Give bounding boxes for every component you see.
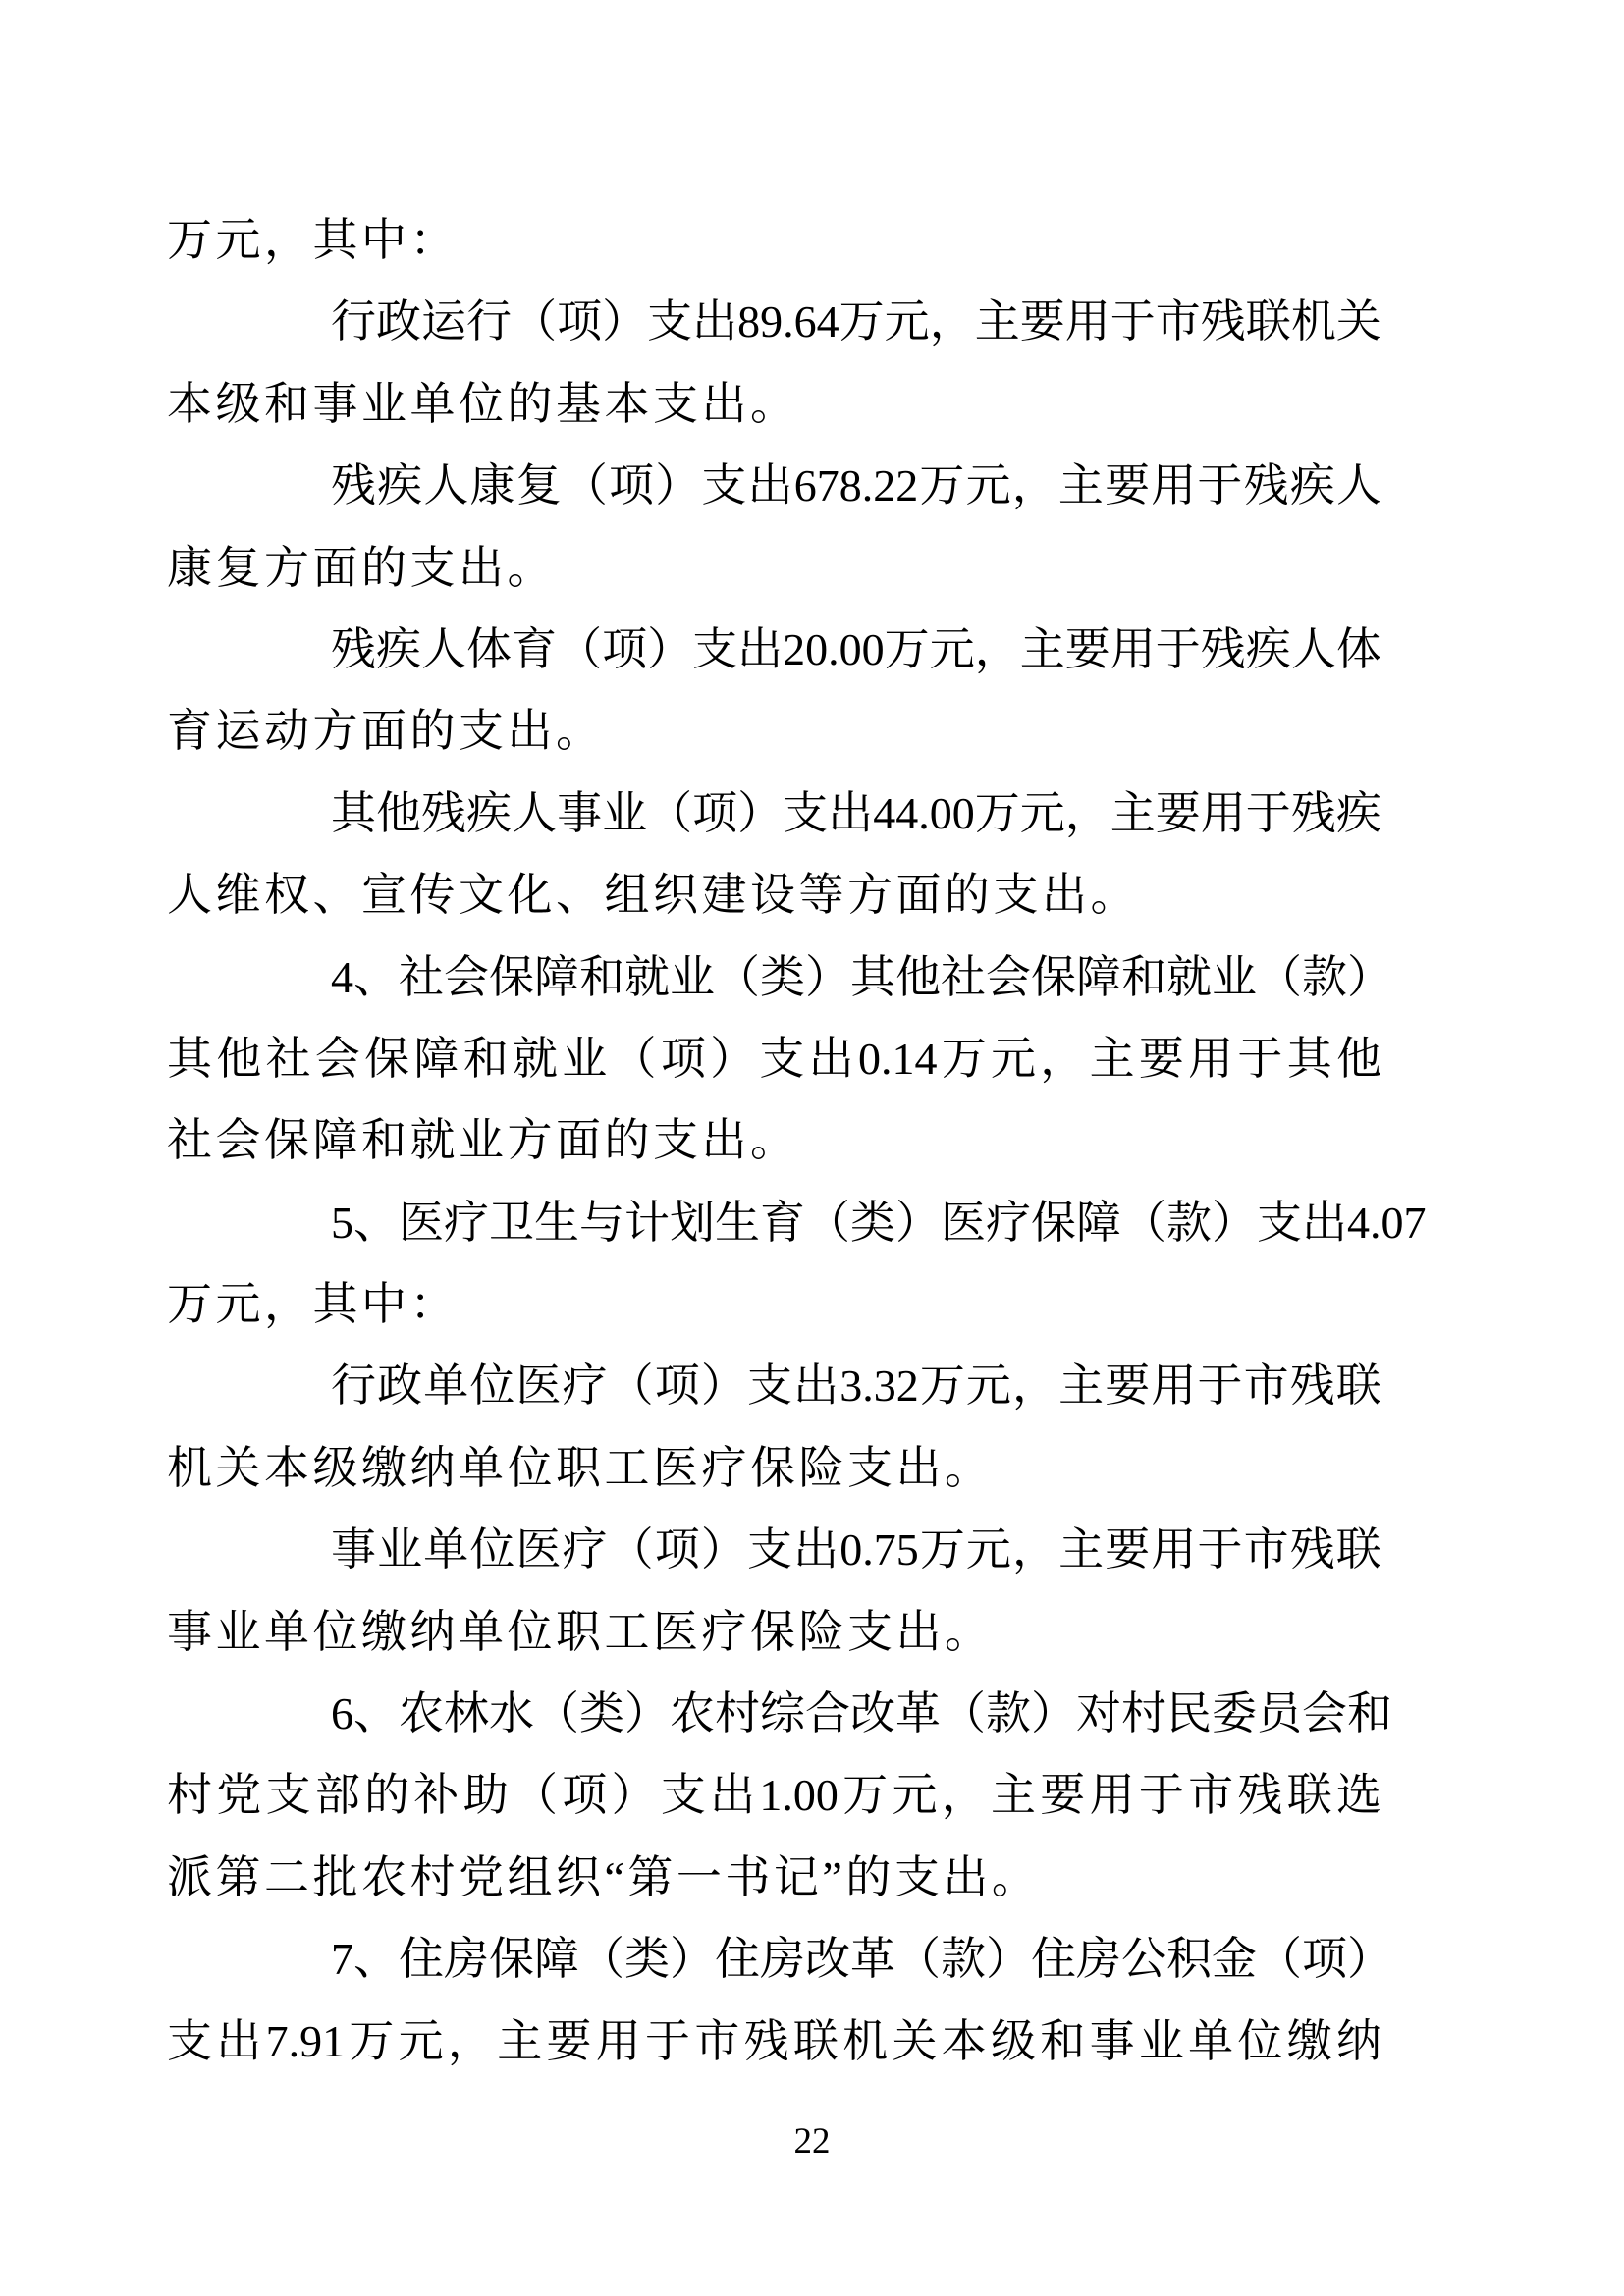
text-token: 康 — [470, 445, 515, 526]
text-token: 位 — [1237, 2001, 1282, 2082]
text-token: 万 — [839, 281, 885, 362]
text-token: 医 — [941, 1182, 986, 1263]
text-token: 医 — [515, 1509, 561, 1590]
text-token: 和 — [1040, 2001, 1085, 2082]
text-token: ） — [612, 1754, 657, 1836]
text-token: 款 — [1302, 936, 1347, 1018]
text-token: 障 — [413, 1018, 459, 1099]
text-token: 社 — [399, 936, 444, 1018]
text-token: 市 — [694, 2001, 739, 2082]
text-token: 划 — [670, 1182, 715, 1263]
text-line: 行政运行（项）支出89.64万元，主要用于市残联机关 — [167, 281, 1381, 362]
text-token: 支 — [701, 445, 746, 526]
text-token: 市 — [1244, 1345, 1289, 1426]
text-token: 机 — [1291, 281, 1336, 362]
text-token: 委 — [1212, 1673, 1257, 1754]
text-token: 保 — [1031, 1182, 1076, 1263]
text-token: 要 — [546, 2001, 591, 2082]
text-token: 疾 — [1246, 609, 1291, 690]
text-token: 用 — [1090, 1754, 1135, 1836]
text-token: 助 — [463, 1754, 509, 1836]
text-token: 于 — [1197, 445, 1242, 526]
text-token: （ — [1257, 1918, 1302, 2000]
text-token: 其 — [331, 773, 376, 854]
text-token: 市 — [1188, 1754, 1233, 1836]
text-token: 类 — [760, 936, 805, 1018]
text-token: 关 — [892, 2001, 937, 2082]
text-token: 要 — [1065, 609, 1110, 690]
text-line: 康复方面的支出。 — [167, 527, 1381, 609]
text-token: 医 — [515, 1345, 561, 1426]
text-token: 生 — [534, 1182, 579, 1263]
text-token: （ — [512, 281, 557, 362]
text-line: 事业单位医疗（项）支出0.75万元，主要用于市残联 — [167, 1509, 1381, 1590]
text-token: 主 — [1058, 1345, 1104, 1426]
text-token: 他 — [895, 936, 941, 1018]
text-token: 出 — [809, 1018, 854, 1099]
text-token: 支 — [266, 1754, 311, 1836]
text-token: 其 — [850, 936, 895, 1018]
text-line: 其他残疾人事业（项）支出44.00万元，主要用于残疾 — [167, 773, 1381, 854]
text-token: 住 — [1031, 1918, 1076, 2000]
text-token: 改 — [850, 1673, 895, 1754]
text-token: 联 — [1336, 1509, 1381, 1590]
page-number: 22 — [0, 2118, 1624, 2165]
text-token: 单 — [1188, 2001, 1233, 2082]
text-token: ， — [1065, 773, 1110, 854]
text-token: 农 — [670, 1673, 715, 1754]
text-token: 对 — [1076, 1673, 1121, 1754]
text-token: ， — [930, 281, 975, 362]
text-token: 项 — [557, 281, 602, 362]
text-token: ） — [655, 445, 700, 526]
text-token: 6 — [331, 1673, 353, 1754]
text-token: 障 — [1076, 1182, 1121, 1263]
text-token: 位 — [469, 1509, 514, 1590]
text-token: 主 — [497, 2001, 542, 2082]
text-token: 疾 — [1290, 445, 1335, 526]
text-token: 业 — [602, 773, 647, 854]
text-token: 项 — [562, 1754, 607, 1836]
text-token: 支 — [747, 1345, 792, 1426]
text-token: 疾 — [377, 445, 422, 526]
text-token: ， — [975, 609, 1020, 690]
text-token: 金 — [1212, 1918, 1257, 2000]
text-token: 他 — [216, 1018, 261, 1099]
text-token: 元 — [885, 281, 930, 362]
text-token: 0.75 — [839, 1509, 919, 1590]
text-token: ， — [942, 1754, 987, 1836]
text-token: 残 — [744, 2001, 789, 2082]
text-token: 4 — [331, 936, 353, 1018]
text-token: 4.07 — [1347, 1182, 1427, 1263]
text-token: 运 — [421, 281, 466, 362]
text-token: 主 — [991, 1754, 1036, 1836]
text-token: 保 — [364, 1018, 409, 1099]
text-token: ， — [1012, 1345, 1057, 1426]
text-token: 项 — [655, 1509, 700, 1590]
text-token: 出 — [748, 445, 793, 526]
text-token: ） — [805, 936, 850, 1018]
text-token: 人 — [512, 773, 557, 854]
text-token: 于 — [1197, 1345, 1242, 1426]
text-token: 会 — [1302, 1673, 1347, 1754]
text-line: 社会保障和就业方面的支出。 — [167, 1099, 1381, 1181]
text-token: 元 — [966, 1509, 1011, 1590]
text-token: 障 — [534, 1918, 579, 2000]
text-token: ） — [624, 1673, 670, 1754]
text-token: ） — [670, 1918, 715, 2000]
text-token: 出 — [737, 609, 783, 690]
text-token: 村 — [1121, 1673, 1166, 1754]
text-token: 出 — [692, 281, 737, 362]
text-token: 万 — [842, 1754, 888, 1836]
text-token: （ — [715, 936, 760, 1018]
text-token: 用 — [1201, 773, 1246, 854]
text-line: 人维权、宣传文化、组织建设等方面的支出。 — [167, 854, 1381, 935]
text-token: 保 — [489, 1918, 534, 2000]
text-token: 残 — [1290, 1345, 1335, 1426]
text-token: ， — [1012, 1509, 1057, 1590]
text-line: 万元，其中： — [167, 199, 1381, 281]
text-token: 款 — [986, 1673, 1031, 1754]
text-token: （ — [534, 1673, 579, 1754]
text-token: 万 — [920, 1509, 965, 1590]
text-token: 要 — [1105, 445, 1150, 526]
text-token: ） — [1031, 1673, 1076, 1754]
text-token: 7 — [331, 1918, 353, 2000]
text-token: 联 — [1287, 1754, 1332, 1836]
text-token: 用 — [1151, 1509, 1196, 1590]
text-token: （ — [563, 445, 608, 526]
text-token: 支 — [647, 281, 692, 362]
text-line: 4、社会保障和就业（类）其他社会保障和就业（款） — [167, 936, 1381, 1018]
text-token: 他 — [1336, 1018, 1381, 1099]
text-token: 住 — [715, 1918, 760, 2000]
text-token: 关 — [1336, 281, 1381, 362]
text-token: 业 — [670, 936, 715, 1018]
text-token: 元 — [991, 1018, 1036, 1099]
text-token: 项 — [692, 773, 737, 854]
text-token: 与 — [579, 1182, 624, 1263]
text-token: 要 — [1020, 281, 1065, 362]
text-token: 出 — [793, 1509, 839, 1590]
text-token: 就 — [1166, 936, 1212, 1018]
text-token: ， — [1012, 445, 1057, 526]
text-token: （ — [609, 1509, 654, 1590]
text-token: 万 — [349, 2001, 394, 2082]
text-token: 支 — [692, 609, 737, 690]
text-line: 事业单位缴纳单位职工医疗保险支出。 — [167, 1591, 1381, 1673]
text-token: 元 — [399, 2001, 444, 2082]
text-token: 项 — [609, 445, 654, 526]
text-token: 44.00 — [873, 773, 975, 854]
text-token: ） — [986, 1918, 1031, 2000]
text-token: 于 — [645, 2001, 690, 2082]
text-token: 育 — [760, 1182, 805, 1263]
text-token: 要 — [1040, 1754, 1085, 1836]
text-token: 支 — [747, 1509, 792, 1590]
text-token: 元 — [892, 1754, 937, 1836]
text-token: 林 — [444, 1673, 489, 1754]
text-token: 级 — [991, 2001, 1036, 2082]
text-token: 、 — [353, 1182, 399, 1263]
text-token: ） — [1347, 936, 1392, 1018]
text-token: 残 — [1201, 609, 1246, 690]
text-token: 补 — [413, 1754, 459, 1836]
text-line: 育运动方面的支出。 — [167, 690, 1381, 772]
text-token: 7.91 — [266, 2001, 346, 2082]
text-token: 支 — [1257, 1182, 1302, 1263]
text-token: 事 — [557, 773, 602, 854]
text-token: 支 — [783, 773, 828, 854]
text-token: 疗 — [563, 1345, 608, 1426]
text-token: 医 — [399, 1182, 444, 1263]
text-token: 89.64 — [737, 281, 839, 362]
text-token: 社 — [941, 936, 986, 1018]
text-token: 水 — [489, 1673, 534, 1754]
text-token: ） — [602, 281, 647, 362]
text-token: ） — [895, 1182, 941, 1263]
text-token: 单 — [423, 1509, 468, 1590]
text-token: （ — [1121, 1182, 1166, 1263]
text-token: 元 — [966, 1345, 1011, 1426]
text-token: 机 — [842, 2001, 888, 2082]
text-token: 党 — [216, 1754, 261, 1836]
text-token: 出 — [216, 2001, 261, 2082]
text-token: 用 — [1188, 1018, 1233, 1099]
text-token: 村 — [715, 1673, 760, 1754]
text-token: 疾 — [376, 609, 421, 690]
text-line: 村党支部的补助（项）支出1.00万元，主要用于市残联选 — [167, 1754, 1381, 1836]
text-token: 行 — [466, 281, 512, 362]
text-token: 于 — [1156, 609, 1201, 690]
text-token: 类 — [624, 1918, 670, 2000]
text-token: 行 — [331, 1345, 376, 1426]
text-token: ） — [647, 609, 692, 690]
text-token: （ — [557, 609, 602, 690]
text-token: 人 — [421, 609, 466, 690]
text-token: 房 — [444, 1918, 489, 2000]
text-token: （ — [612, 1018, 657, 1099]
text-token: ， — [448, 2001, 493, 2082]
text-token: 、 — [353, 1673, 399, 1754]
text-token: 疾 — [466, 773, 512, 854]
text-token: 政 — [376, 281, 421, 362]
text-token: 类 — [850, 1182, 895, 1263]
text-token: 项 — [655, 1345, 700, 1426]
text-token: ） — [737, 773, 783, 854]
text-token: 就 — [624, 936, 670, 1018]
text-token: 复 — [516, 445, 562, 526]
text-token: 体 — [1336, 609, 1381, 690]
text-token: 元 — [1020, 773, 1065, 854]
text-token: （ — [609, 1345, 654, 1426]
text-token: 用 — [1151, 445, 1196, 526]
text-token: 生 — [715, 1182, 760, 1263]
text-line: 支出7.91万元，主要用于市残联机关本级和事业单位缴纳 — [167, 2001, 1381, 2082]
text-token: 就 — [513, 1018, 558, 1099]
text-token: 本 — [942, 2001, 987, 2082]
text-token: 主 — [1090, 1018, 1135, 1099]
text-token: 残 — [331, 445, 376, 526]
text-token: 5 — [331, 1182, 353, 1263]
text-token: 于 — [1139, 1754, 1184, 1836]
text-token: 用 — [1151, 1345, 1196, 1426]
text-token: 于 — [1246, 773, 1291, 854]
text-token: 主 — [1058, 1509, 1104, 1590]
text-token: 人 — [423, 445, 468, 526]
text-token: 万 — [919, 445, 964, 526]
text-line: 万元，其中： — [167, 1263, 1381, 1345]
text-token: 改 — [805, 1918, 850, 2000]
text-token: （ — [805, 1182, 850, 1263]
text-token: 万 — [885, 609, 930, 690]
text-token: 农 — [399, 1673, 444, 1754]
text-token: 体 — [466, 609, 512, 690]
text-token: 万 — [942, 1018, 987, 1099]
document-page: 万元，其中：行政运行（项）支出89.64万元，主要用于市残联机关本级和事业单位的… — [0, 0, 1624, 2296]
text-token: 款 — [1166, 1182, 1212, 1263]
text-token: 残 — [1244, 445, 1289, 526]
text-token: 万 — [975, 773, 1020, 854]
text-token: 障 — [534, 936, 579, 1018]
text-token: 3.32 — [839, 1345, 919, 1426]
text-token: 20.00 — [783, 609, 885, 690]
text-token: 房 — [760, 1918, 805, 2000]
text-token: 人 — [1336, 445, 1381, 526]
text-token: 类 — [579, 1673, 624, 1754]
text-token: ） — [701, 1509, 746, 1590]
text-token: 革 — [850, 1918, 895, 2000]
text-token: 主 — [1110, 773, 1156, 854]
text-token: 用 — [1065, 281, 1110, 362]
text-token: 疗 — [563, 1509, 608, 1590]
text-token: ） — [701, 1345, 746, 1426]
text-token: 员 — [1257, 1673, 1302, 1754]
text-token: 综 — [760, 1673, 805, 1754]
text-token: 纳 — [1336, 2001, 1381, 2082]
text-token: 项 — [1302, 1918, 1347, 2000]
text-token: 项 — [602, 609, 647, 690]
text-token: 和 — [1347, 1673, 1392, 1754]
text-token: 支 — [167, 2001, 212, 2082]
text-token: 出 — [1302, 1182, 1347, 1263]
text-token: 残 — [331, 609, 376, 690]
text-token: 出 — [793, 1345, 839, 1426]
text-token: 支 — [661, 1754, 706, 1836]
text-line: 派第二批农村党组织“第一书记”的支出。 — [167, 1837, 1381, 1918]
text-token: 保 — [489, 936, 534, 1018]
text-token: 保 — [1031, 936, 1076, 1018]
text-token: 联 — [1246, 281, 1291, 362]
text-token: 、 — [353, 936, 399, 1018]
text-token: 会 — [315, 1018, 360, 1099]
text-token: 主 — [975, 281, 1020, 362]
text-token: 万 — [920, 1345, 965, 1426]
text-token: 其 — [1287, 1018, 1332, 1099]
text-token: ） — [1347, 1918, 1392, 2000]
text-token: 市 — [1156, 281, 1201, 362]
text-token: 民 — [1166, 1673, 1212, 1754]
text-token: 于 — [1110, 281, 1156, 362]
text-line: 7、住房保障（类）住房改革（款）住房公积金（项） — [167, 1918, 1381, 2000]
text-token: 卫 — [489, 1182, 534, 1263]
text-token: 0.14 — [858, 1018, 938, 1099]
text-token: 业 — [1139, 2001, 1184, 2082]
text-token: （ — [941, 1673, 986, 1754]
text-token: 合 — [805, 1673, 850, 1754]
text-line: 残疾人康复（项）支出678.22万元，主要用于残疾人 — [167, 445, 1381, 526]
text-line: 行政单位医疗（项）支出3.32万元，主要用于市残联 — [167, 1345, 1381, 1426]
text-token: 公 — [1121, 1918, 1166, 2000]
text-token: ） — [1212, 1182, 1257, 1263]
text-token: （ — [647, 773, 692, 854]
text-token: 部 — [315, 1754, 360, 1836]
text-token: 残 — [1201, 281, 1246, 362]
text-token: 于 — [1197, 1509, 1242, 1590]
text-token: 业 — [1212, 936, 1257, 1018]
text-token: 会 — [986, 936, 1031, 1018]
text-token: ） — [710, 1018, 755, 1099]
text-token: （ — [579, 1918, 624, 2000]
text-token: 残 — [1237, 1754, 1282, 1836]
text-token: 计 — [624, 1182, 670, 1263]
text-token: 单 — [423, 1345, 468, 1426]
text-token: 和 — [579, 936, 624, 1018]
text-token: 要 — [1105, 1345, 1150, 1426]
text-token: 主 — [1058, 445, 1104, 526]
text-token: 出 — [828, 773, 873, 854]
text-token: （ — [895, 1918, 941, 2000]
text-token: 和 — [1121, 936, 1166, 1018]
text-token: 积 — [1166, 1918, 1212, 2000]
text-line: 5、医疗卫生与计划生育（类）医疗保障（款）支出4.07 — [167, 1182, 1381, 1263]
text-token: 联 — [1336, 1345, 1381, 1426]
text-token: 革 — [895, 1673, 941, 1754]
text-token: 育 — [512, 609, 557, 690]
text-token: 元 — [930, 609, 975, 690]
text-token: 、 — [353, 1918, 399, 2000]
text-token: 的 — [364, 1754, 409, 1836]
text-token: 业 — [377, 1509, 422, 1590]
text-token: 项 — [661, 1018, 706, 1099]
document-body: 万元，其中：行政运行（项）支出89.64万元，主要用于市残联机关本级和事业单位的… — [167, 199, 1381, 2082]
text-token: （ — [1257, 936, 1302, 1018]
text-token: 行 — [331, 281, 376, 362]
text-token: 人 — [1291, 609, 1336, 690]
text-token: 元 — [966, 445, 1011, 526]
text-token: 疗 — [444, 1182, 489, 1263]
text-token: 支 — [759, 1018, 804, 1099]
text-line: 6、农林水（类）农村综合改革（款）对村民委员会和 — [167, 1673, 1381, 1754]
text-token: 位 — [469, 1345, 514, 1426]
text-token: 款 — [941, 1918, 986, 2000]
text-token: 其 — [167, 1018, 212, 1099]
text-line: 其他社会保障和就业（项）支出0.14万元，主要用于其他 — [167, 1018, 1381, 1099]
text-token: 事 — [1090, 2001, 1135, 2082]
text-token: 他 — [376, 773, 421, 854]
text-token: 残 — [421, 773, 466, 854]
text-token: 主 — [1020, 609, 1065, 690]
text-token: 疗 — [986, 1182, 1031, 1263]
text-token: 市 — [1244, 1509, 1289, 1590]
text-token: 残 — [1291, 773, 1336, 854]
text-token: 选 — [1336, 1754, 1381, 1836]
text-token: 业 — [562, 1018, 607, 1099]
text-token: 要 — [1105, 1509, 1150, 1590]
text-token: 用 — [1110, 609, 1156, 690]
